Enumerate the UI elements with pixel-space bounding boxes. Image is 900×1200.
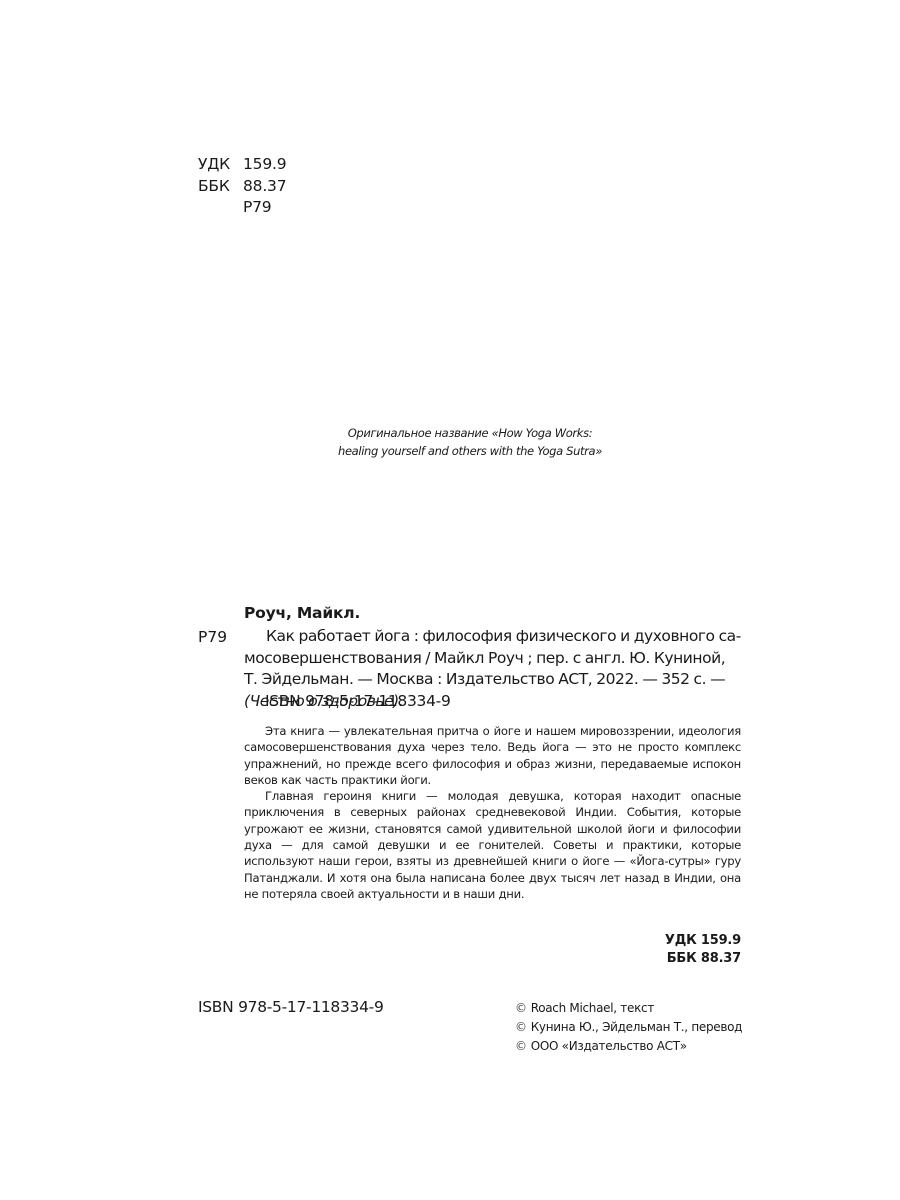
record-line: Т. Эйдельман. — Москва : Издательство АС… — [244, 669, 740, 691]
copyright-list: ©Roach Michael, текст ©Кунина Ю., Эйдель… — [515, 999, 742, 1056]
copyright-icon: © — [515, 1020, 527, 1034]
footer-isbn: ISBN 978-5-17-118334-9 — [198, 998, 384, 1016]
copyright-item: ©ООО «Издательство АСТ» — [515, 1037, 742, 1056]
annotation-paragraph: Эта книга — увлекательная притча о йоге … — [244, 723, 741, 788]
record-line: мосовершенствования / Майкл Роуч ; пер. … — [244, 648, 740, 670]
bbk-label: ББК — [198, 176, 243, 198]
copyright-item: ©Roach Michael, текст — [515, 999, 742, 1018]
udk-value: 159.9 — [243, 154, 286, 176]
annotation-paragraph: Главная героиня книги — молодая девушка,… — [244, 788, 741, 902]
author-mark-row: Р79 — [198, 197, 286, 219]
udk-bold: УДК 159.9 — [600, 932, 741, 950]
record-code: Р79 — [198, 628, 227, 646]
annotation: Эта книга — увлекательная притча о йоге … — [244, 723, 741, 902]
author-mark: Р79 — [243, 197, 271, 219]
copyright-icon: © — [515, 1001, 527, 1015]
record-isbn: ISBN 978-5-17-118334-9 — [265, 692, 451, 710]
copyright-item: ©Кунина Ю., Эйдельман Т., перевод — [515, 1018, 742, 1037]
copyright-icon: © — [515, 1039, 527, 1053]
original-title: Оригинальное название «How Yoga Works: h… — [300, 425, 640, 460]
udk-row: УДК 159.9 — [198, 154, 286, 176]
bbk-row: ББК 88.37 — [198, 176, 286, 198]
record-author: Роуч, Майкл. — [244, 604, 360, 622]
udk-label: УДК — [198, 154, 243, 176]
classification-codes: УДК 159.9 ББК 88.37 Р79 — [198, 154, 286, 219]
classification-codes-bold: УДК 159.9 ББК 88.37 — [600, 932, 741, 968]
bbk-value: 88.37 — [243, 176, 286, 198]
bbk-bold: ББК 88.37 — [600, 950, 741, 968]
record-line: Как работает йога : философия физическог… — [244, 626, 740, 648]
